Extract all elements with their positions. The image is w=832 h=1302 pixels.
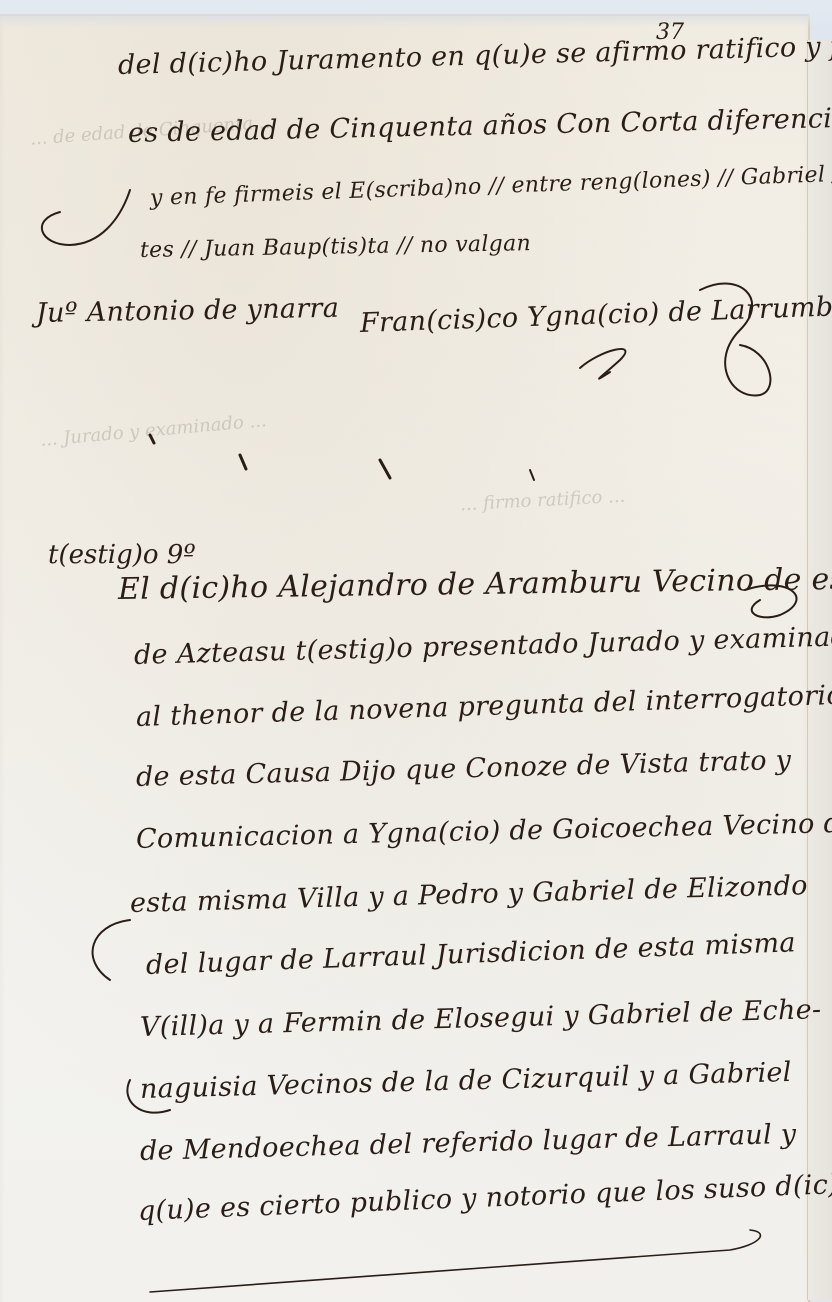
signature-1: Juº Antonio de ynarra (36, 293, 340, 329)
margin-label: t(estig)o 9º (48, 540, 196, 570)
page-edge (807, 40, 832, 1300)
